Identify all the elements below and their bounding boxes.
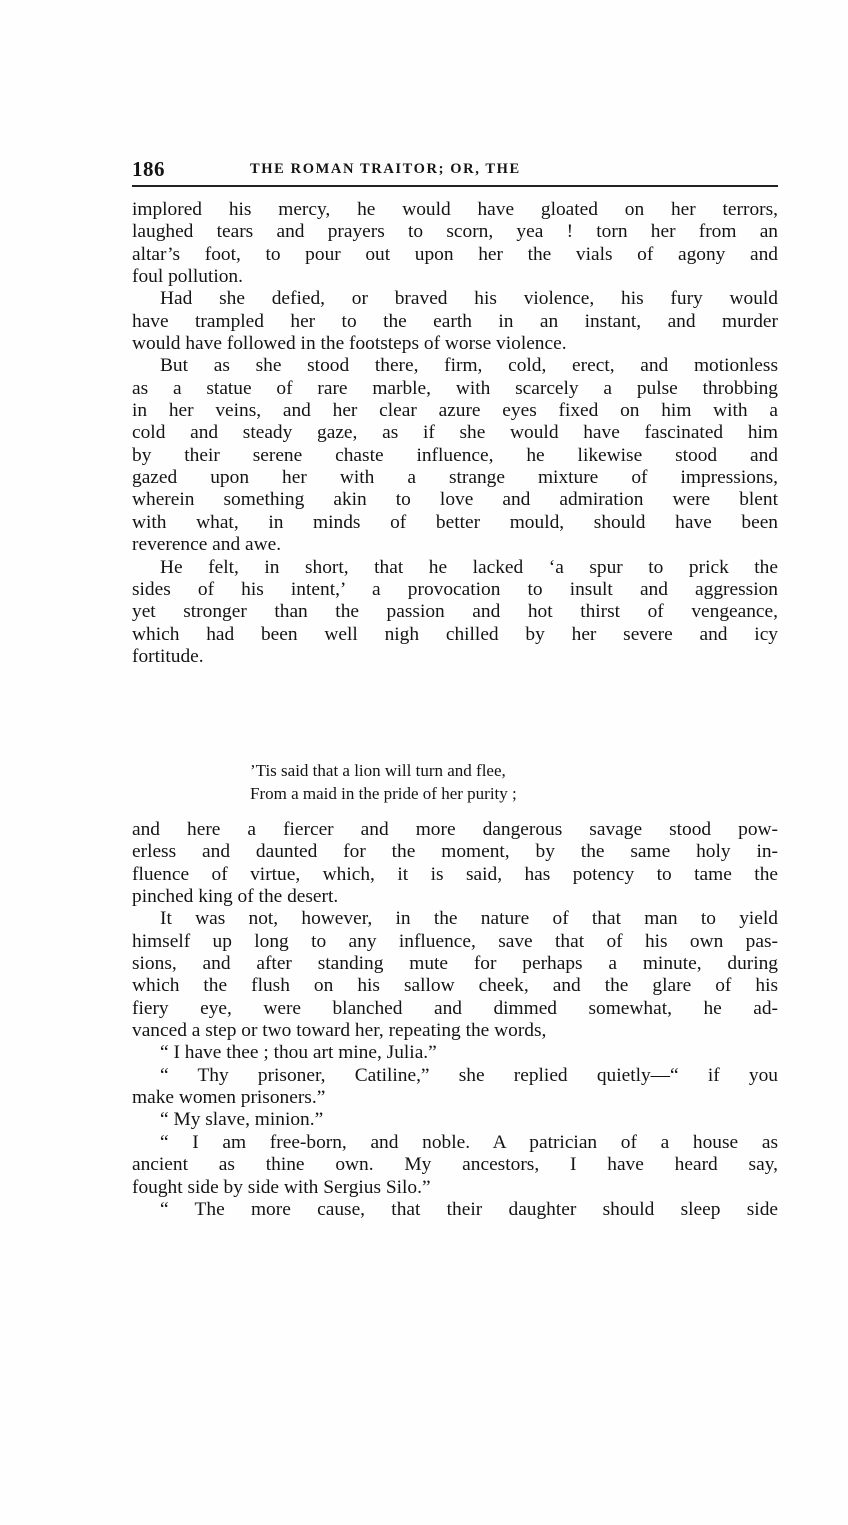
text-line: cold and steady gaze, as if she would ha… xyxy=(132,422,778,444)
body-text-block-1: implored his mercy, he would have gloate… xyxy=(132,199,778,668)
running-head: THE ROMAN TRAITOR; OR, THE xyxy=(250,161,521,178)
text-line: fortitude. xyxy=(132,646,778,668)
text-line: gazed upon her with a strange mixture of… xyxy=(132,467,778,489)
text-line: which the flush on his sallow cheek, and… xyxy=(132,975,778,997)
text-line: “ Thy prisoner, Catiline,” she replied q… xyxy=(132,1065,778,1087)
text-line: Had she defied, or braved his violence, … xyxy=(132,288,778,310)
body-text-block-2: and here a fiercer and more dangerous sa… xyxy=(132,819,778,1221)
text-line: sions, and after standing mute for perha… xyxy=(132,953,778,975)
text-line: would have followed in the footsteps of … xyxy=(132,333,778,355)
text-line: implored his mercy, he would have gloate… xyxy=(132,199,778,221)
text-line: erless and daunted for the moment, by th… xyxy=(132,841,778,863)
text-line: fought side by side with Sergius Silo.” xyxy=(132,1177,778,1199)
text-line: yet stronger than the passion and hot th… xyxy=(132,601,778,623)
text-line: in her veins, and her clear azure eyes f… xyxy=(132,400,778,422)
verse-quotation: ’Tis said that a lion will turn and flee… xyxy=(250,759,517,805)
text-line: make women prisoners.” xyxy=(132,1087,778,1109)
text-line: wherein something akin to love and admir… xyxy=(132,489,778,511)
text-line: altar’s foot, to pour out upon her the v… xyxy=(132,244,778,266)
text-line: “ I am free-born, and noble. A patrician… xyxy=(132,1132,778,1154)
text-line: by their serene chaste influence, he lik… xyxy=(132,445,778,467)
text-line: as a statue of rare marble, with scarcel… xyxy=(132,378,778,400)
verse-line: ’Tis said that a lion will turn and flee… xyxy=(250,759,517,782)
text-line: reverence and awe. xyxy=(132,534,778,556)
text-line: and here a fiercer and more dangerous sa… xyxy=(132,819,778,841)
text-line: which had been well nigh chilled by her … xyxy=(132,624,778,646)
text-line: himself up long to any influence, save t… xyxy=(132,931,778,953)
page-number: 186 xyxy=(132,157,165,182)
text-line: “ My slave, minion.” xyxy=(132,1109,778,1131)
text-line: But as she stood there, firm, cold, erec… xyxy=(132,355,778,377)
text-line: sides of his intent,’ a provocation to i… xyxy=(132,579,778,601)
text-line: laughed tears and prayers to scorn, yea … xyxy=(132,221,778,243)
text-line: He felt, in short, that he lacked ‘a spu… xyxy=(132,557,778,579)
text-line: It was not, however, in the nature of th… xyxy=(132,908,778,930)
text-line: fluence of virtue, which, it is said, ha… xyxy=(132,864,778,886)
text-line: have trampled her to the earth in an ins… xyxy=(132,311,778,333)
text-line: “ I have thee ; thou art mine, Julia.” xyxy=(132,1042,778,1064)
page-header: 186 THE ROMAN TRAITOR; OR, THE xyxy=(132,157,778,181)
text-line: pinched king of the desert. xyxy=(132,886,778,908)
text-line: with what, in minds of better mould, sho… xyxy=(132,512,778,534)
book-page: 186 THE ROMAN TRAITOR; OR, THE implored … xyxy=(0,0,848,1525)
text-line: foul pollution. xyxy=(132,266,778,288)
header-rule xyxy=(132,185,778,187)
text-line: fiery eye, were blanched and dimmed some… xyxy=(132,998,778,1020)
text-line: “ The more cause, that their daughter sh… xyxy=(132,1199,778,1221)
text-line: vanced a step or two toward her, repeati… xyxy=(132,1020,778,1042)
verse-line: From a maid in the pride of her purity ; xyxy=(250,782,517,805)
text-line: ancient as thine own. My ancestors, I ha… xyxy=(132,1154,778,1176)
